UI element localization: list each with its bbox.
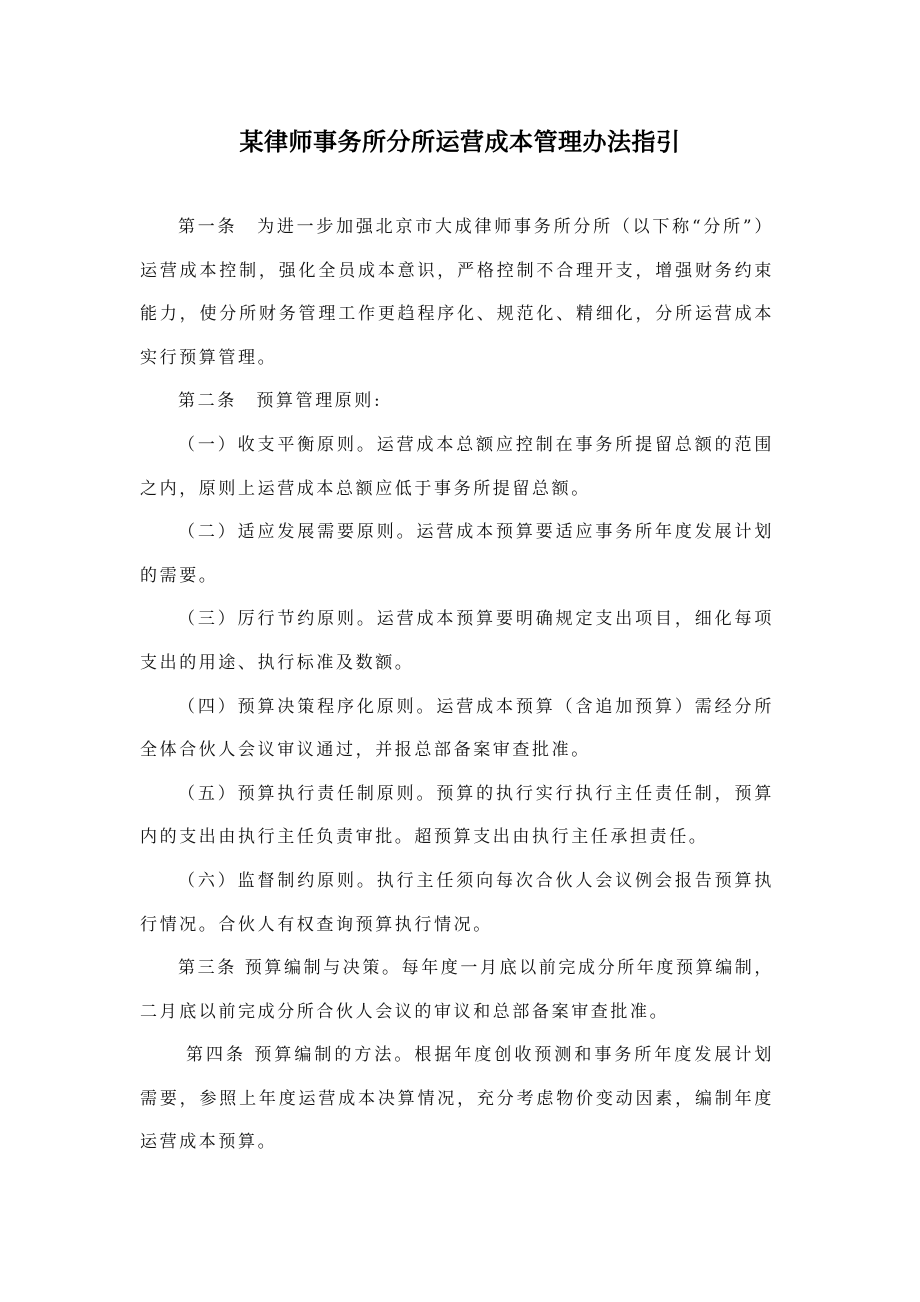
article-2-heading: 第二条 预算管理原则:: [140, 380, 774, 424]
principle-1-paragraph: （一）收支平衡原则。运营成本总额应控制在事务所提留总额的范围之内，原则上运营成本…: [140, 424, 774, 511]
document-body: 第一条 为进一步加强北京市大成律师事务所分所（以下称“分所”）运营成本控制，强化…: [140, 206, 774, 1165]
document-title: 某律师事务所分所运营成本管理办法指引: [0, 122, 920, 157]
principle-6-paragraph: （六）监督制约原则。执行主任须向每次合伙人会议例会报告预算执行情况。合伙人有权查…: [140, 860, 774, 947]
principle-5-paragraph: （五）预算执行责任制原则。预算的执行实行执行主任责任制，预算内的支出由执行主任负…: [140, 773, 774, 860]
article-4-paragraph: 第四条 预算编制的方法。根据年度创收预测和事务所年度发展计划需要，参照上年度运营…: [140, 1034, 774, 1165]
principle-4-paragraph: （四）预算决策程序化原则。运营成本预算（含追加预算）需经分所全体合伙人会议审议通…: [140, 686, 774, 773]
document-page: 某律师事务所分所运营成本管理办法指引 第一条 为进一步加强北京市大成律师事务所分…: [0, 0, 920, 1302]
article-1-paragraph: 第一条 为进一步加强北京市大成律师事务所分所（以下称“分所”）运营成本控制，强化…: [140, 206, 774, 380]
principle-3-paragraph: （三）厉行节约原则。运营成本预算要明确规定支出项目，细化每项支出的用途、执行标准…: [140, 598, 774, 685]
article-3-paragraph: 第三条 预算编制与决策。每年度一月底以前完成分所年度预算编制，二月底以前完成分所…: [140, 947, 774, 1034]
principle-2-paragraph: （二）适应发展需要原则。运营成本预算要适应事务所年度发展计划的需要。: [140, 511, 774, 598]
